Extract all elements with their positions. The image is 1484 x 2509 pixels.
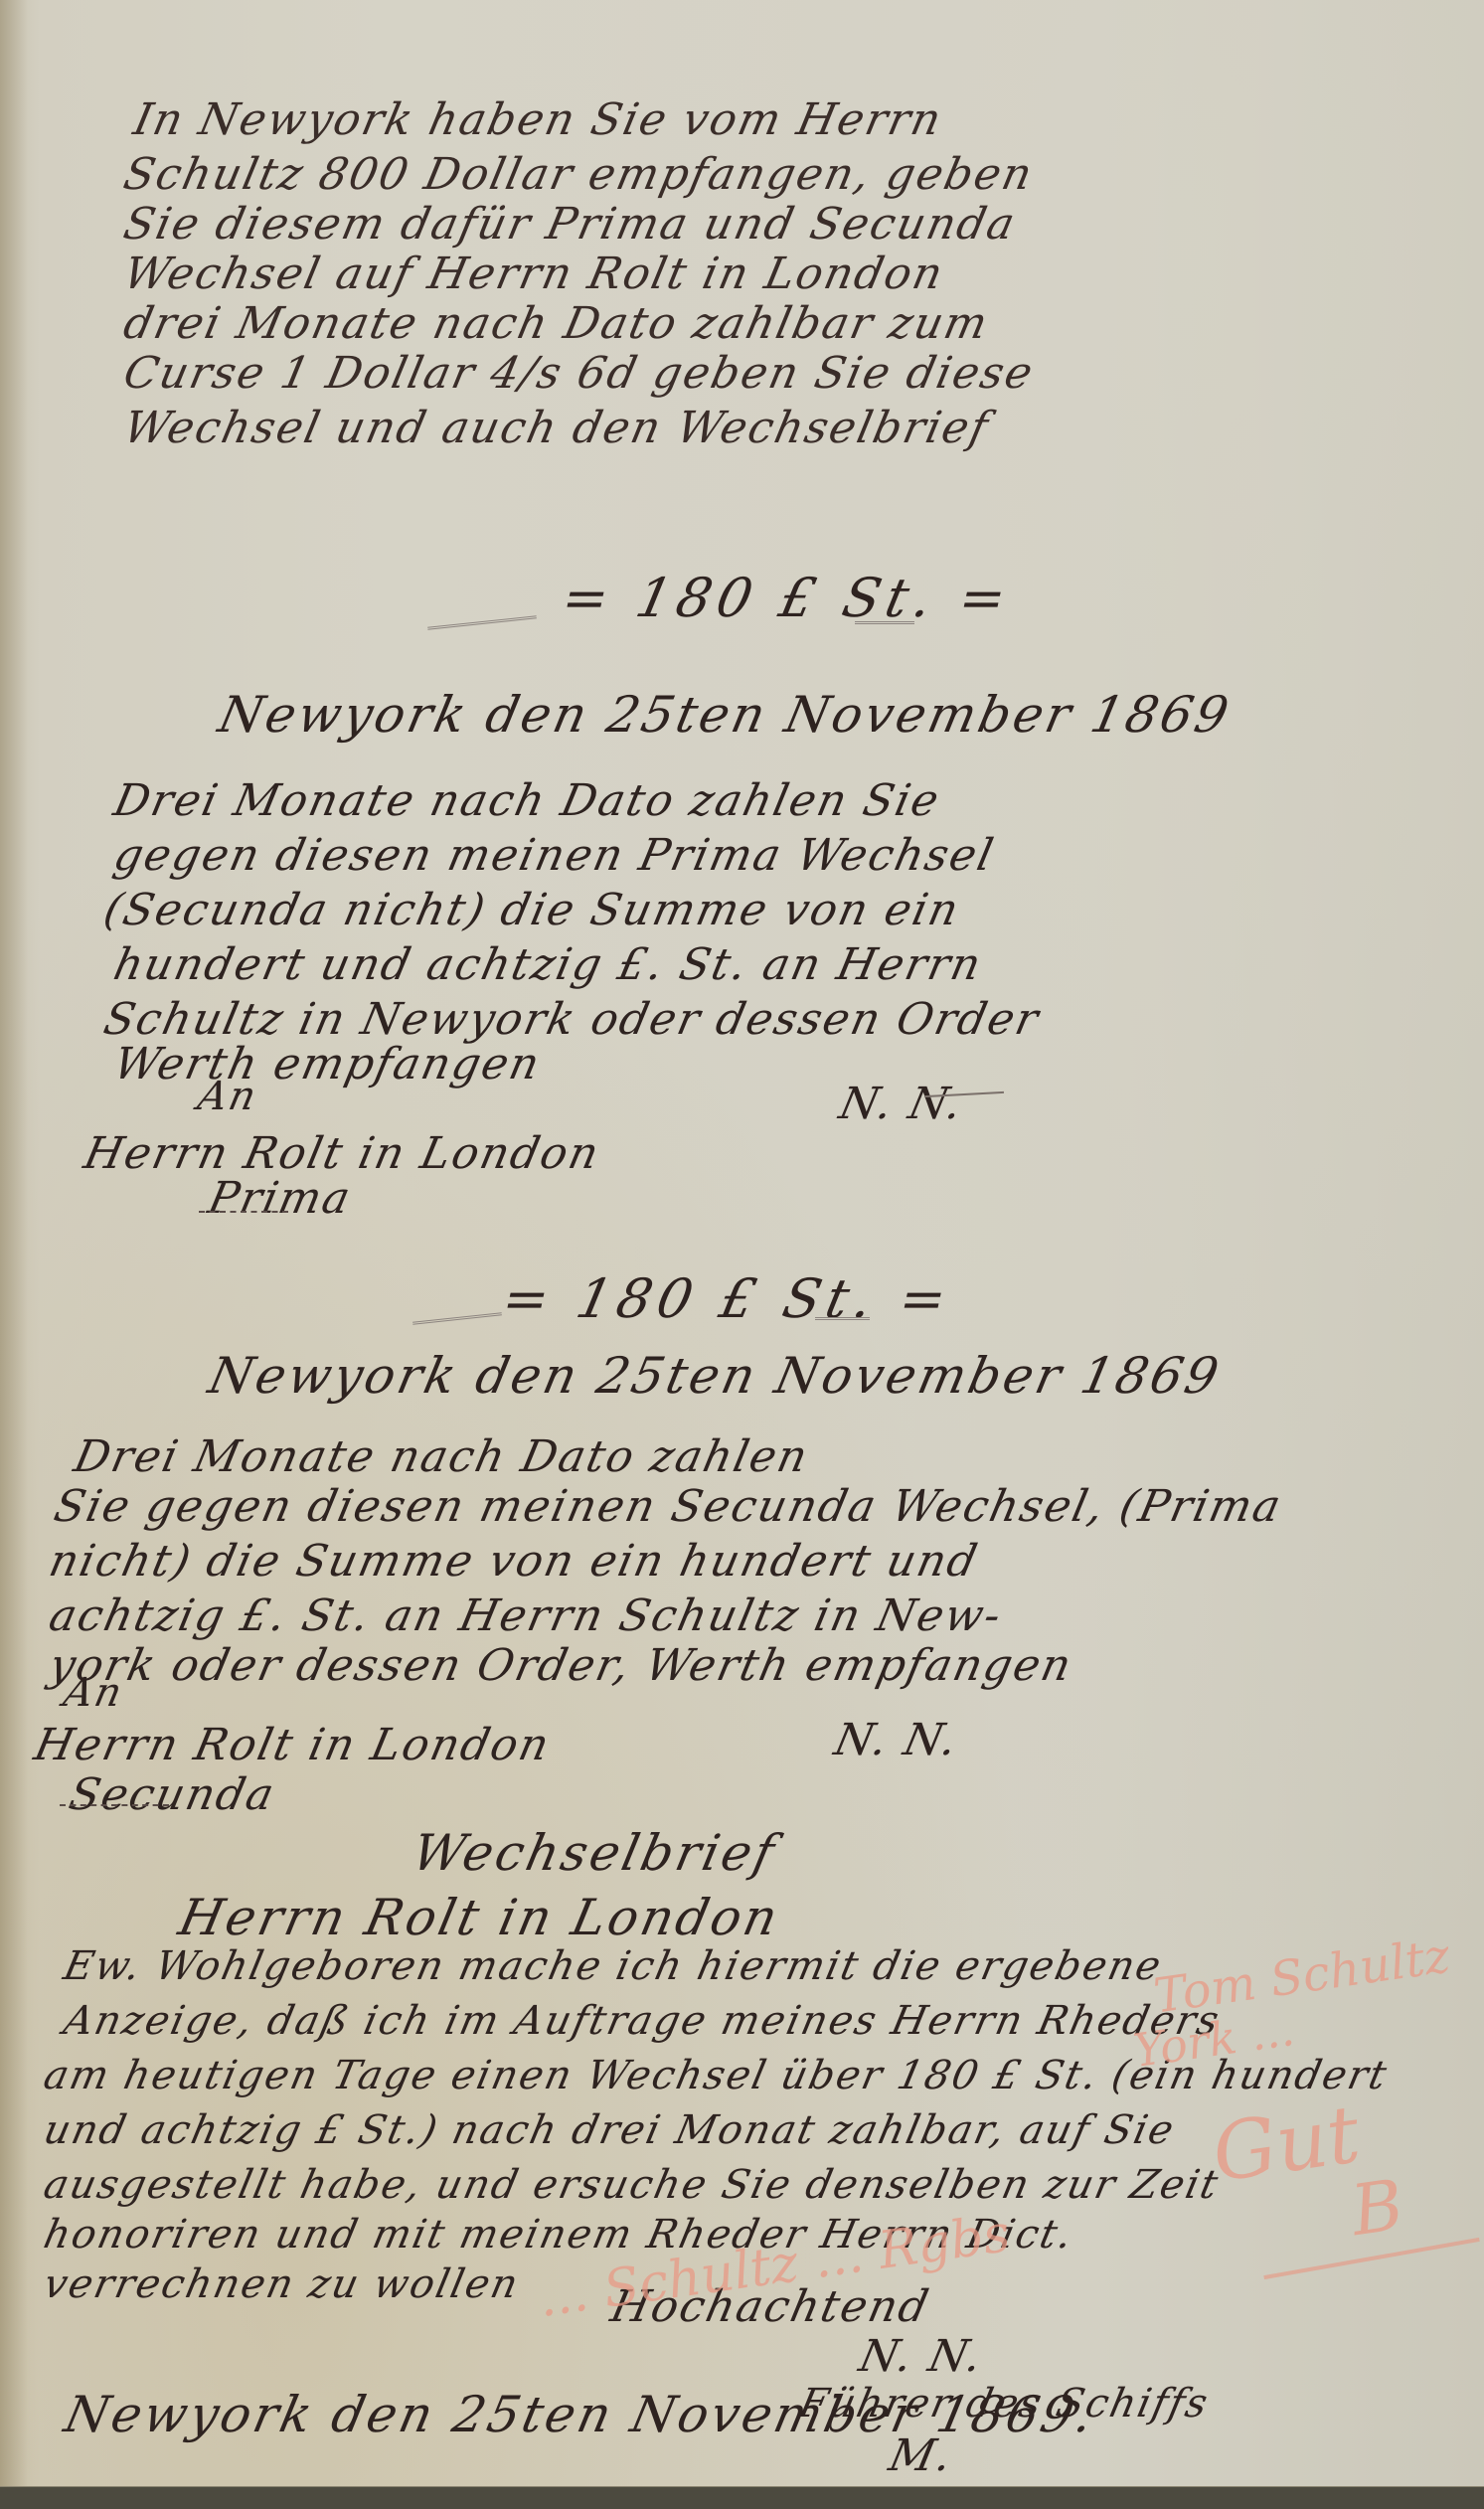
prima-addressee-prefix: An	[194, 1074, 261, 1119]
secunda-body-line: Sie gegen diesen meinen Secunda Wechsel,…	[50, 1481, 1287, 1532]
secunda-signature: N. N.	[830, 1715, 963, 1765]
amount-rule-left	[427, 615, 537, 629]
prima-addressee: Herrn Rolt in London	[80, 1128, 604, 1179]
secunda-date-line: Newyork den 25ten November 1869	[204, 1347, 1227, 1405]
secunda-label-underline	[60, 1804, 169, 1806]
prima-body-line: Schultz in Newyork oder dessen Order	[99, 994, 1045, 1045]
prima-amount: = 180 £ St. =	[557, 567, 1018, 629]
prima-body-line: Drei Monate nach Dato zahlen Sie	[109, 775, 945, 826]
advice-body-line: Ew. Wohlgeboren mache ich hiermit die er…	[60, 1943, 1167, 1989]
prima-body-line: (Secunda nicht) die Summe von ein	[99, 885, 964, 935]
secunda-body-line: nicht) die Summe von ein hundert und	[45, 1536, 983, 1587]
prima-date-line: Newyork den 25ten November 1869	[214, 686, 1237, 744]
advice-body-line: verrechnen zu wollen	[40, 2261, 524, 2307]
secunda-body-line: Drei Monate nach Dato zahlen	[70, 1431, 813, 1482]
amount-rule-right	[815, 1317, 870, 1320]
intro-line: drei Monate nach Dato zahlbar zum	[119, 298, 994, 349]
intro-line: Curse 1 Dollar 4/s 6d geben Sie diese	[119, 348, 1039, 399]
secunda-addressee-prefix: An	[60, 1670, 127, 1716]
secunda-amount: = 180 £ St. =	[497, 1267, 958, 1330]
secunda-body-line: achtzig £. St. an Herrn Schultz in New-	[45, 1590, 1007, 1641]
prima-body-line: Werth empfangen	[109, 1039, 546, 1089]
advice-body-line: ausgestellt habe, und ersuche Sie densel…	[40, 2162, 1224, 2208]
amount-rule-right	[855, 621, 914, 624]
advice-body-line: und achtzig £ St.) nach drei Monat zahlb…	[40, 2107, 1179, 2153]
advice-signature-initial: M.	[885, 2430, 958, 2481]
intro-line: Sie diesem dafür Prima und Secunda	[119, 199, 1021, 250]
amount-rule-left	[412, 1312, 502, 1324]
secunda-body-line: york oder dessen Order, Werth empfangen	[45, 1640, 1077, 1691]
advice-body-line: Anzeige, daß ich im Auftrage meines Herr…	[60, 1998, 1225, 2044]
prima-signature: N. N.	[835, 1079, 968, 1129]
prima-body-line: hundert und achtzig £. St. an Herrn	[109, 939, 987, 990]
intro-line: In Newyork haben Sie vom Herrn	[129, 94, 947, 145]
intro-line: Wechsel und auch den Wechselbrief	[119, 403, 994, 453]
binding-shadow	[0, 0, 28, 2487]
advice-signature-title: Führer des Schiffs	[795, 2381, 1214, 2426]
prima-body-line: gegen diesen meinen Prima Wechsel	[109, 830, 999, 881]
advice-title: Wechselbrief	[408, 1824, 782, 1882]
prima-label: Prima	[204, 1173, 357, 1224]
red-mark-bottom: B	[1347, 2164, 1408, 2252]
secunda-addressee: Herrn Rolt in London	[30, 1720, 555, 1770]
intro-line: Wechsel auf Herrn Rolt in London	[119, 249, 949, 299]
prima-label-underline	[199, 1211, 288, 1213]
red-mark-middle: Gut	[1207, 2088, 1365, 2200]
intro-line: Schultz 800 Dollar empfangen, geben	[119, 149, 1038, 200]
advice-signature: N. N.	[855, 2331, 988, 2382]
red-mark-top: Tom Schultz	[1151, 1927, 1453, 2024]
document-page: In Newyork haben Sie vom Herrn Schultz 8…	[0, 0, 1484, 2509]
secunda-label: Secunda	[65, 1769, 280, 1820]
advice-salutation: Herrn Rolt in London	[174, 1889, 785, 1946]
page-bottom-edge	[0, 2486, 1484, 2509]
